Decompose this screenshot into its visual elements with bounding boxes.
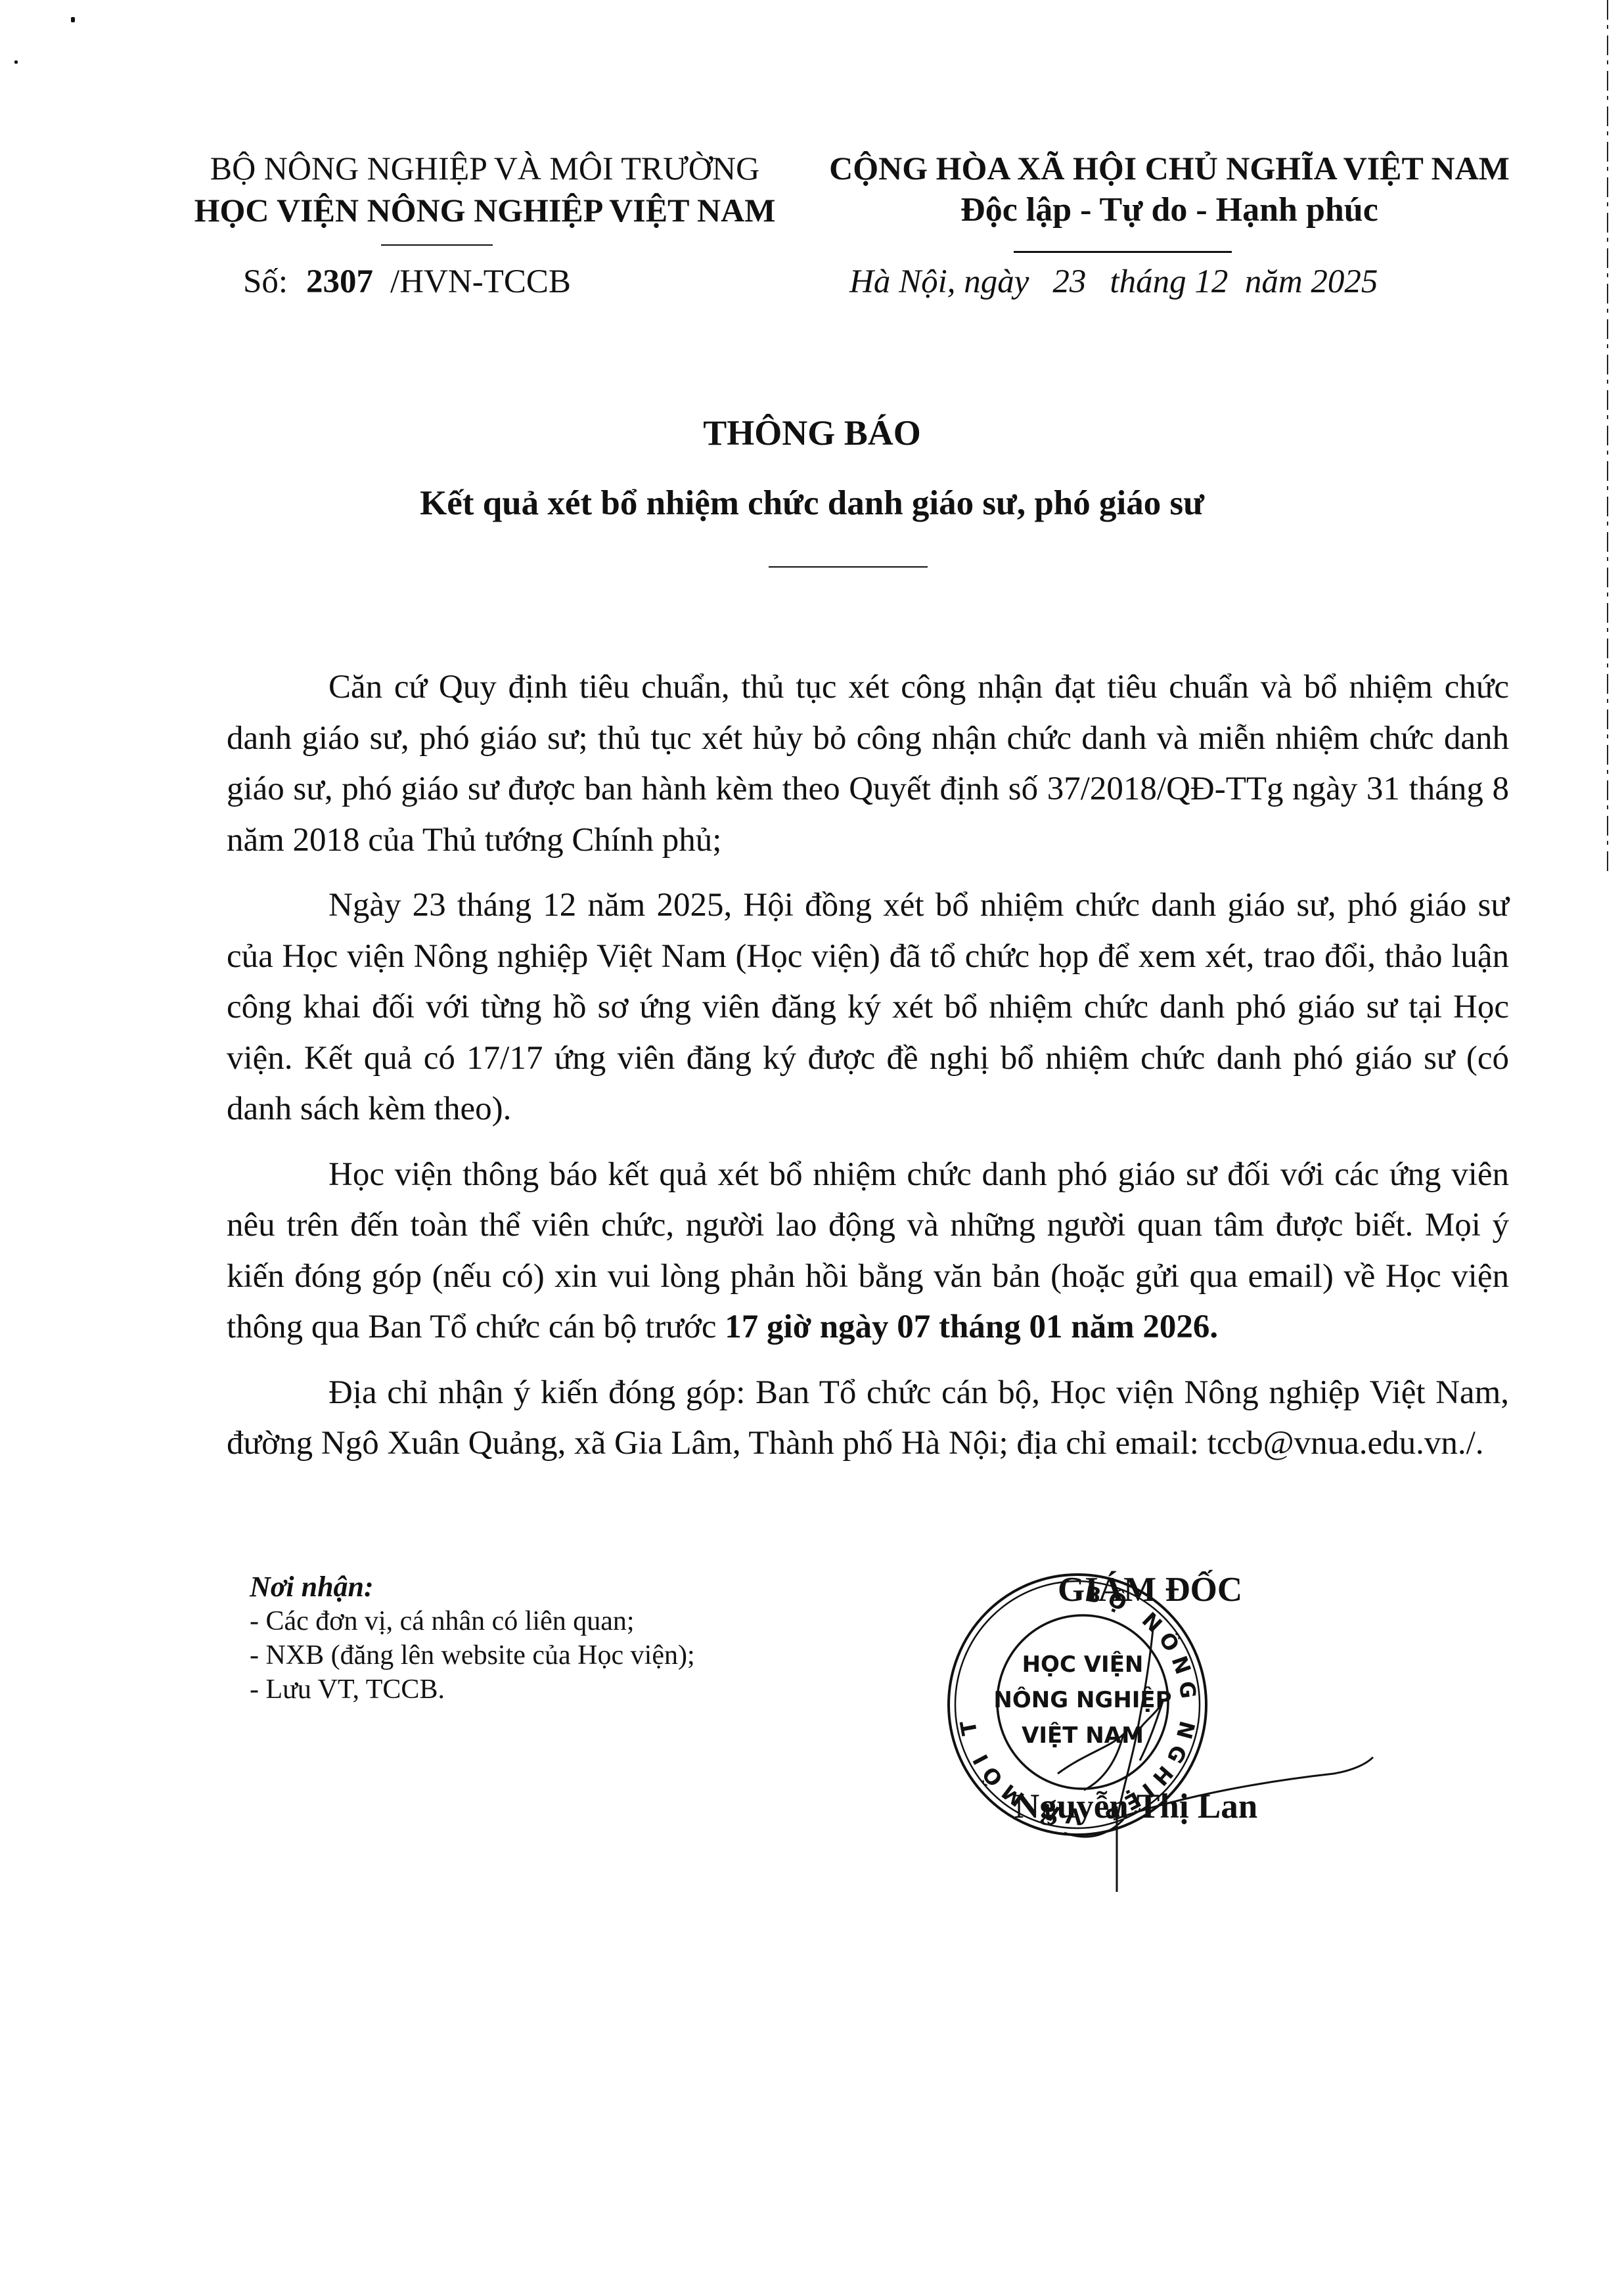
number-suffix: /HVN-TCCB	[390, 263, 571, 300]
number-label: Số:	[243, 263, 288, 300]
document-body: Căn cứ Quy định tiêu chuẩn, thủ tục xét …	[227, 662, 1509, 1484]
paragraph-meeting-result: Ngày 23 tháng 12 năm 2025, Hội đồng xét …	[227, 880, 1509, 1135]
document-number: Số:2307/HVN-TCCB	[243, 263, 571, 301]
feedback-deadline: 17 giờ ngày 07 tháng 01 năm 2026.	[725, 1309, 1218, 1345]
paragraph-announcement: Học viện thông báo kết quả xét bổ nhiệm …	[227, 1150, 1509, 1353]
paragraph-contact-address: Địa chỉ nhận ý kiến đóng góp: Ban Tổ chứ…	[227, 1368, 1509, 1469]
date-month: tháng 12	[1110, 263, 1228, 300]
handwritten-signature-icon	[1025, 1623, 1419, 1898]
document-date: Hà Nội, ngày23tháng 12 năm 2025	[849, 263, 1378, 301]
header-left-divider	[381, 244, 493, 246]
recipient-item: - Các đơn vị, cá nhân có liên quan;	[250, 1604, 695, 1638]
scan-edge-line	[1606, 0, 1610, 874]
date-year: năm 2025	[1245, 263, 1378, 300]
national-motto: Độc lập - Tự do - Hạnh phúc	[808, 189, 1531, 231]
signer-name: Nguyễn Thị Lan	[1014, 1787, 1257, 1826]
issuing-authority: BỘ NÔNG NGHIỆP VÀ MÔI TRƯỜNG HỌC VIỆN NÔ…	[176, 147, 794, 231]
date-place: Hà Nội, ngày	[849, 263, 1029, 300]
country-name: CỘNG HÒA XÃ HỘI CHỦ NGHĨA VIỆT NAM	[808, 147, 1531, 189]
date-day: 23	[1052, 263, 1086, 300]
scan-speck	[71, 17, 75, 22]
recipients-heading: Nơi nhận:	[250, 1570, 695, 1604]
document-title: THÔNG BÁO	[0, 413, 1624, 453]
header-right-divider	[1014, 251, 1232, 253]
recipient-item: - Lưu VT, TCCB.	[250, 1672, 695, 1707]
title-divider	[769, 566, 928, 568]
institution-name: HỌC VIỆN NÔNG NGHIỆP VIỆT NAM	[176, 189, 794, 231]
ministry-name: BỘ NÔNG NGHIỆP VÀ MÔI TRƯỜNG	[176, 147, 794, 189]
recipient-item: - NXB (đăng lên website của Học viện);	[250, 1638, 695, 1672]
paragraph-legal-basis: Căn cứ Quy định tiêu chuẩn, thủ tục xét …	[227, 662, 1509, 866]
national-heading: CỘNG HÒA XÃ HỘI CHỦ NGHĨA VIỆT NAM Độc l…	[808, 147, 1531, 231]
number-value: 2307	[306, 263, 373, 300]
document-subtitle: Kết quả xét bổ nhiệm chức danh giáo sư, …	[0, 483, 1624, 523]
recipients-block: Nơi nhận: - Các đơn vị, cá nhân có liên …	[250, 1570, 695, 1707]
scan-speck	[14, 60, 18, 64]
